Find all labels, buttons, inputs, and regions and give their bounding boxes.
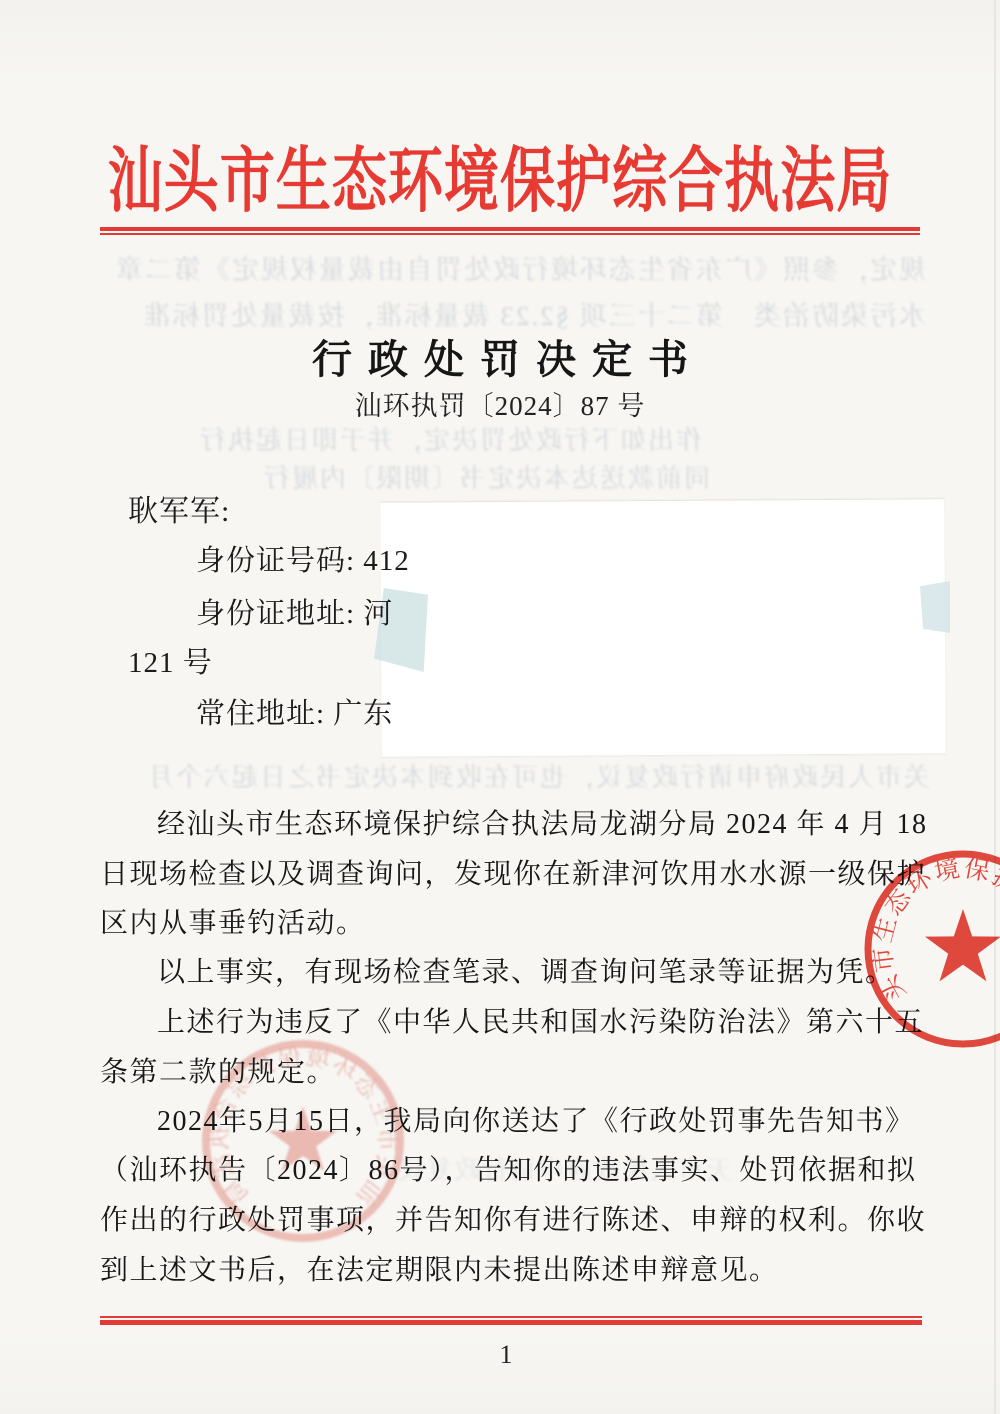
letterhead-rule	[100, 227, 920, 235]
page-number: 1	[0, 1340, 1000, 1370]
bleedthrough-line: 同前款送达本决定书〔期限〕内履行	[150, 458, 710, 495]
recipient-id-number: 身份证号码: 412	[196, 538, 410, 579]
document-title: 行政处罚决定书	[0, 328, 1000, 385]
footer-rule	[100, 1316, 922, 1325]
bleedthrough-line: 作出如下行政处罚决定，并于即日起执行	[112, 420, 702, 457]
body-line: 作出的行政处罚事项，并告知你有进行陈述、申辩的权利。你收	[100, 1198, 926, 1238]
seal-star-icon	[925, 909, 1000, 981]
recipient-residence: 常住地址: 广东	[196, 691, 393, 732]
recipient-address-continuation: 121 号	[128, 640, 213, 681]
redaction-patch	[380, 498, 946, 757]
svg-text:汕头市生态环境保护综合执法局: 汕头市生态环境保护综合执法局	[858, 846, 1000, 1006]
letterhead-title: 汕头市生态环境保护综合执法局	[25, 131, 975, 233]
bleedthrough-line: 关市人民政府申请行政复议，也可在收到本决定书之日起六个月	[105, 757, 930, 794]
official-seal: 汕头市生态环境保护综合执法局	[858, 846, 1000, 1056]
bleedthrough-line: 规定，参照《广东省生态环境行政处罚自由裁量权规定》第二章	[108, 248, 926, 287]
body-line: 区内从事垂钓活动。	[100, 901, 366, 941]
body-line: 上述行为违反了《中华人民共和国水污染防治法》第六十五	[157, 1000, 924, 1040]
redaction-edge-artifact	[920, 581, 950, 633]
body-line: 2024年5月15日，我局向你送达了《行政处罚事先告知书》	[157, 1099, 915, 1139]
body-line: 到上述文书后，在法定期限内未提出陈述申辩意见。	[100, 1248, 779, 1288]
paper-scan-edge	[994, 0, 996, 1414]
recipient-name: 耿军军:	[128, 486, 230, 530]
body-line: 日现场检查以及调查询问，发现你在新津河饮用水水源一级保护	[100, 852, 926, 892]
body-line: 以上事实，有现场检查笔录、调查询问笔录等证据为凭。	[157, 950, 895, 990]
body-line: 条第二款的规定。	[100, 1050, 336, 1090]
document-number: 汕环执罚〔2024〕87 号	[0, 384, 1000, 423]
body-line: 经汕头市生态环境保护综合执法局龙湖分局 2024 年 4 月 18	[157, 802, 928, 842]
scanned-document-page: { "document": { "letterhead": "汕头市生态环境保护…	[0, 0, 1000, 1414]
recipient-id-address: 身份证地址: 河	[196, 591, 393, 632]
body-line: （汕环执告〔2024〕86号），告知你的违法事实、处罚依据和拟	[100, 1148, 917, 1188]
